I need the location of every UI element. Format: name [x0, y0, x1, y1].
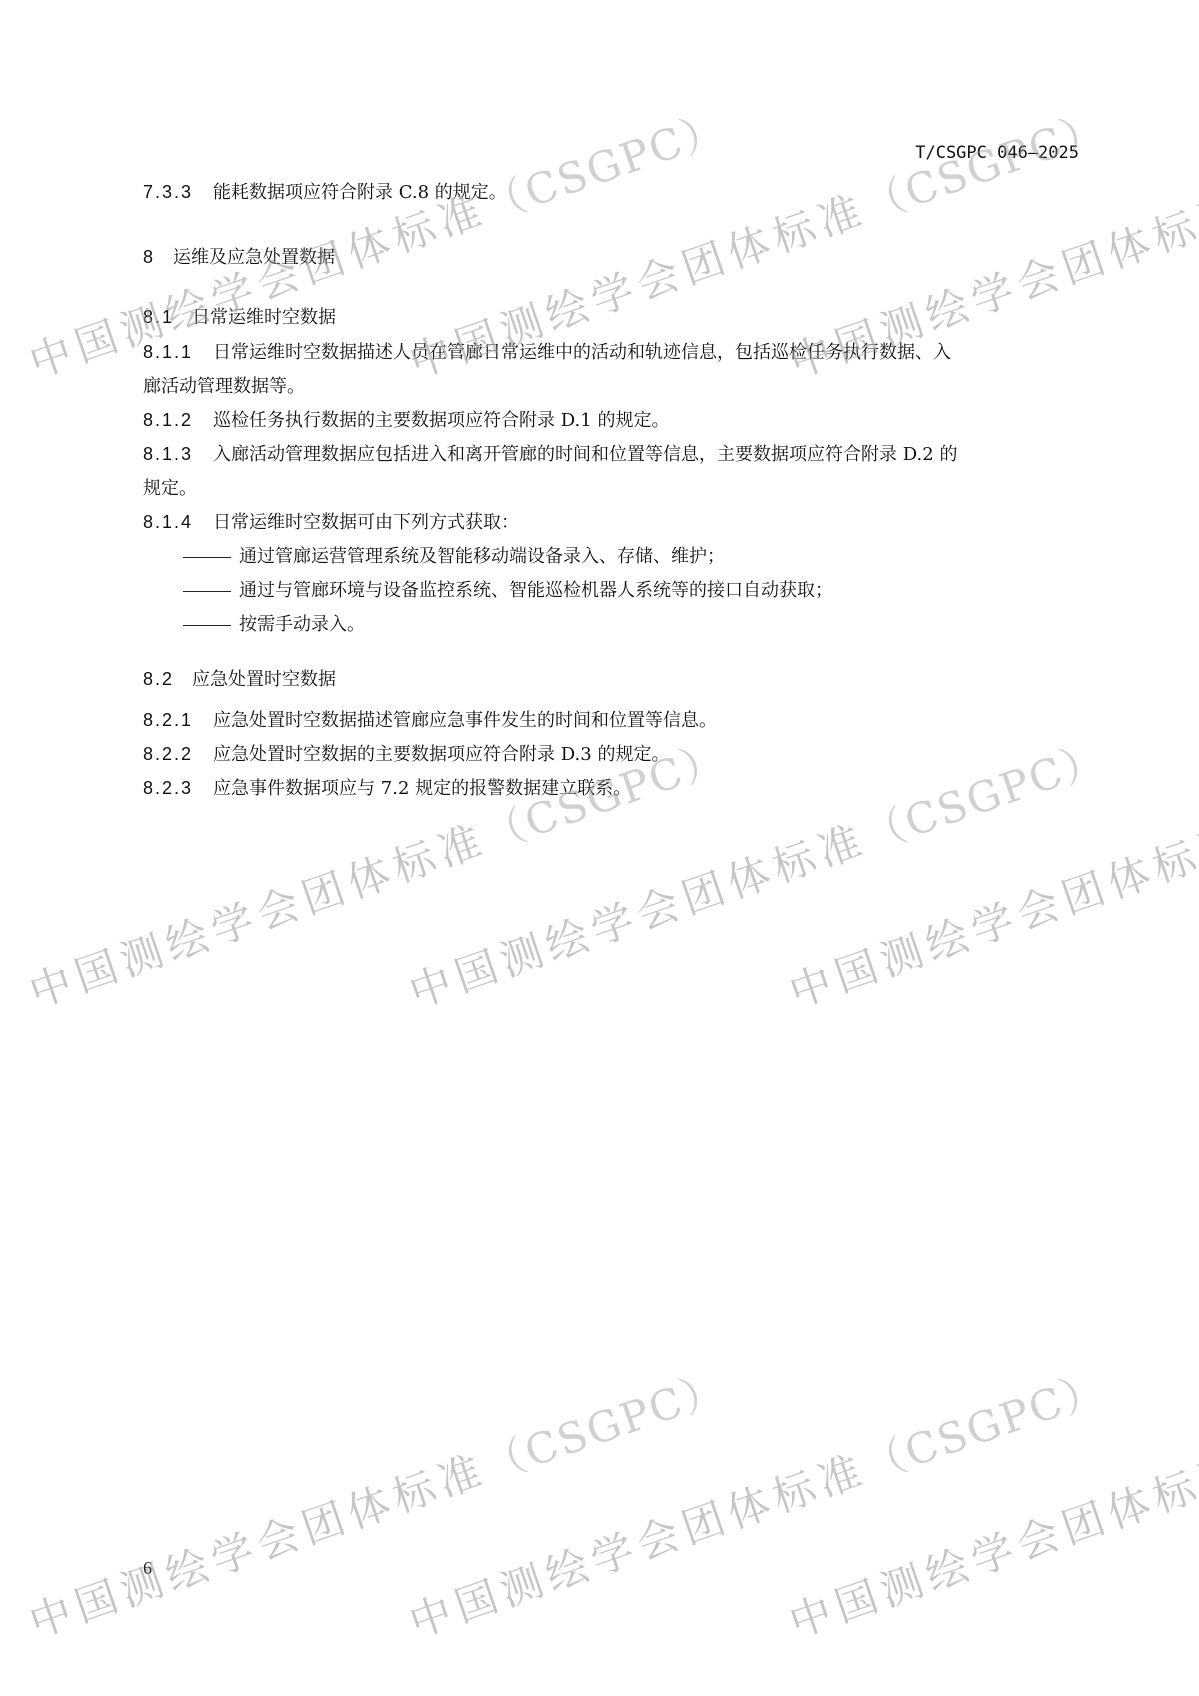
clause-number: 8.2.2	[143, 744, 193, 765]
watermark: 中国测绘学会团体标准	[780, 807, 1199, 1020]
watermark: 中国测绘学会团体标准（CSGPC）	[20, 725, 732, 1020]
clause-8-1-1-continuation: 廊活动管理数据等。	[143, 372, 305, 398]
clause-8-1-3: 8.1.3入廊活动管理数据应包括进入和离开管廊的时间和位置等信息，主要数据项应符…	[143, 440, 957, 466]
clause-8-1-2: 8.1.2巡检任务执行数据的主要数据项应符合附录 D.1 的规定。	[143, 406, 669, 432]
page-number: 6	[143, 1558, 152, 1579]
clause-8-1-1: 8.1.1日常运维时空数据描述人员在管廊日常运维中的活动和轨迹信息，包括巡检任务…	[143, 338, 951, 364]
list-item-text: 通过管廊运营管理系统及智能移动端设备录入、存储、维护；	[239, 546, 725, 567]
watermark: 中国测绘学会团体标准（CSGPC）	[400, 1355, 1112, 1650]
document-page: T/CSGPC 046—2025 7.3.3能耗数据项应符合附录 C.8 的规定…	[0, 0, 1199, 1696]
clause-7-3-3: 7.3.3能耗数据项应符合附录 C.8 的规定。	[143, 178, 507, 204]
list-item-text: 按需手动录入。	[239, 614, 365, 635]
section-number: 8.1	[143, 307, 174, 328]
clause-number: 8.1.1	[143, 342, 193, 363]
list-item: 通过管廊运营管理系统及智能移动端设备录入、存储、维护；	[143, 542, 725, 568]
dash-bullet	[183, 557, 231, 558]
section-title: 日常运维时空数据	[192, 307, 336, 328]
section-8-heading: 8运维及应急处置数据	[143, 243, 335, 269]
clause-number: 7.3.3	[143, 182, 193, 203]
clause-number: 8.1.2	[143, 410, 193, 431]
clause-8-1-3-continuation: 规定。	[143, 474, 197, 500]
clause-text-line1: 日常运维时空数据描述人员在管廊日常运维中的活动和轨迹信息，包括巡检任务执行数据、…	[213, 342, 951, 363]
clause-number: 8.2.1	[143, 710, 193, 731]
section-number: 8.2	[143, 669, 174, 690]
section-number: 8	[143, 247, 155, 268]
watermark: 中国测绘学会团体标准	[780, 1437, 1199, 1650]
watermark: 中国测绘学会团体标准（CSGPC）	[400, 725, 1112, 1020]
list-item-text: 通过与管廊环境与设备监控系统、智能巡检机器人系统等的接口自动获取；	[239, 580, 833, 601]
clause-text: 应急处置时空数据的主要数据项应符合附录 D.3 的规定。	[213, 744, 669, 765]
clause-text: 应急事件数据项应与 7.2 规定的报警数据建立联系。	[213, 778, 631, 799]
section-8-2-heading: 8.2应急处置时空数据	[143, 665, 336, 691]
dash-bullet	[183, 591, 231, 592]
clause-number: 8.1.4	[143, 512, 193, 533]
clause-8-1-4: 8.1.4日常运维时空数据可由下列方式获取：	[143, 508, 519, 534]
list-item: 按需手动录入。	[143, 610, 365, 636]
clause-text: 应急处置时空数据描述管廊应急事件发生的时间和位置等信息。	[213, 710, 717, 731]
clause-number: 8.1.3	[143, 444, 193, 465]
clause-text: 能耗数据项应符合附录 C.8 的规定。	[213, 182, 507, 203]
section-title: 应急处置时空数据	[192, 669, 336, 690]
list-item: 通过与管廊环境与设备监控系统、智能巡检机器人系统等的接口自动获取；	[143, 576, 833, 602]
clause-text-line1: 入廊活动管理数据应包括进入和离开管廊的时间和位置等信息，主要数据项应符合附录 D…	[213, 444, 957, 465]
watermark: 中国测绘学会团体标准（CSGPC）	[20, 1355, 732, 1650]
section-title: 运维及应急处置数据	[173, 247, 335, 268]
clause-8-2-2: 8.2.2应急处置时空数据的主要数据项应符合附录 D.3 的规定。	[143, 740, 669, 766]
clause-8-2-3: 8.2.3应急事件数据项应与 7.2 规定的报警数据建立联系。	[143, 774, 631, 800]
standard-code-header: T/CSGPC 046—2025	[915, 143, 1079, 163]
clause-text: 日常运维时空数据可由下列方式获取：	[213, 512, 519, 533]
clause-number: 8.2.3	[143, 778, 193, 799]
section-8-1-heading: 8.1日常运维时空数据	[143, 303, 336, 329]
dash-bullet	[183, 625, 231, 626]
clause-text: 巡检任务执行数据的主要数据项应符合附录 D.1 的规定。	[213, 410, 669, 431]
clause-8-2-1: 8.2.1应急处置时空数据描述管廊应急事件发生的时间和位置等信息。	[143, 706, 717, 732]
